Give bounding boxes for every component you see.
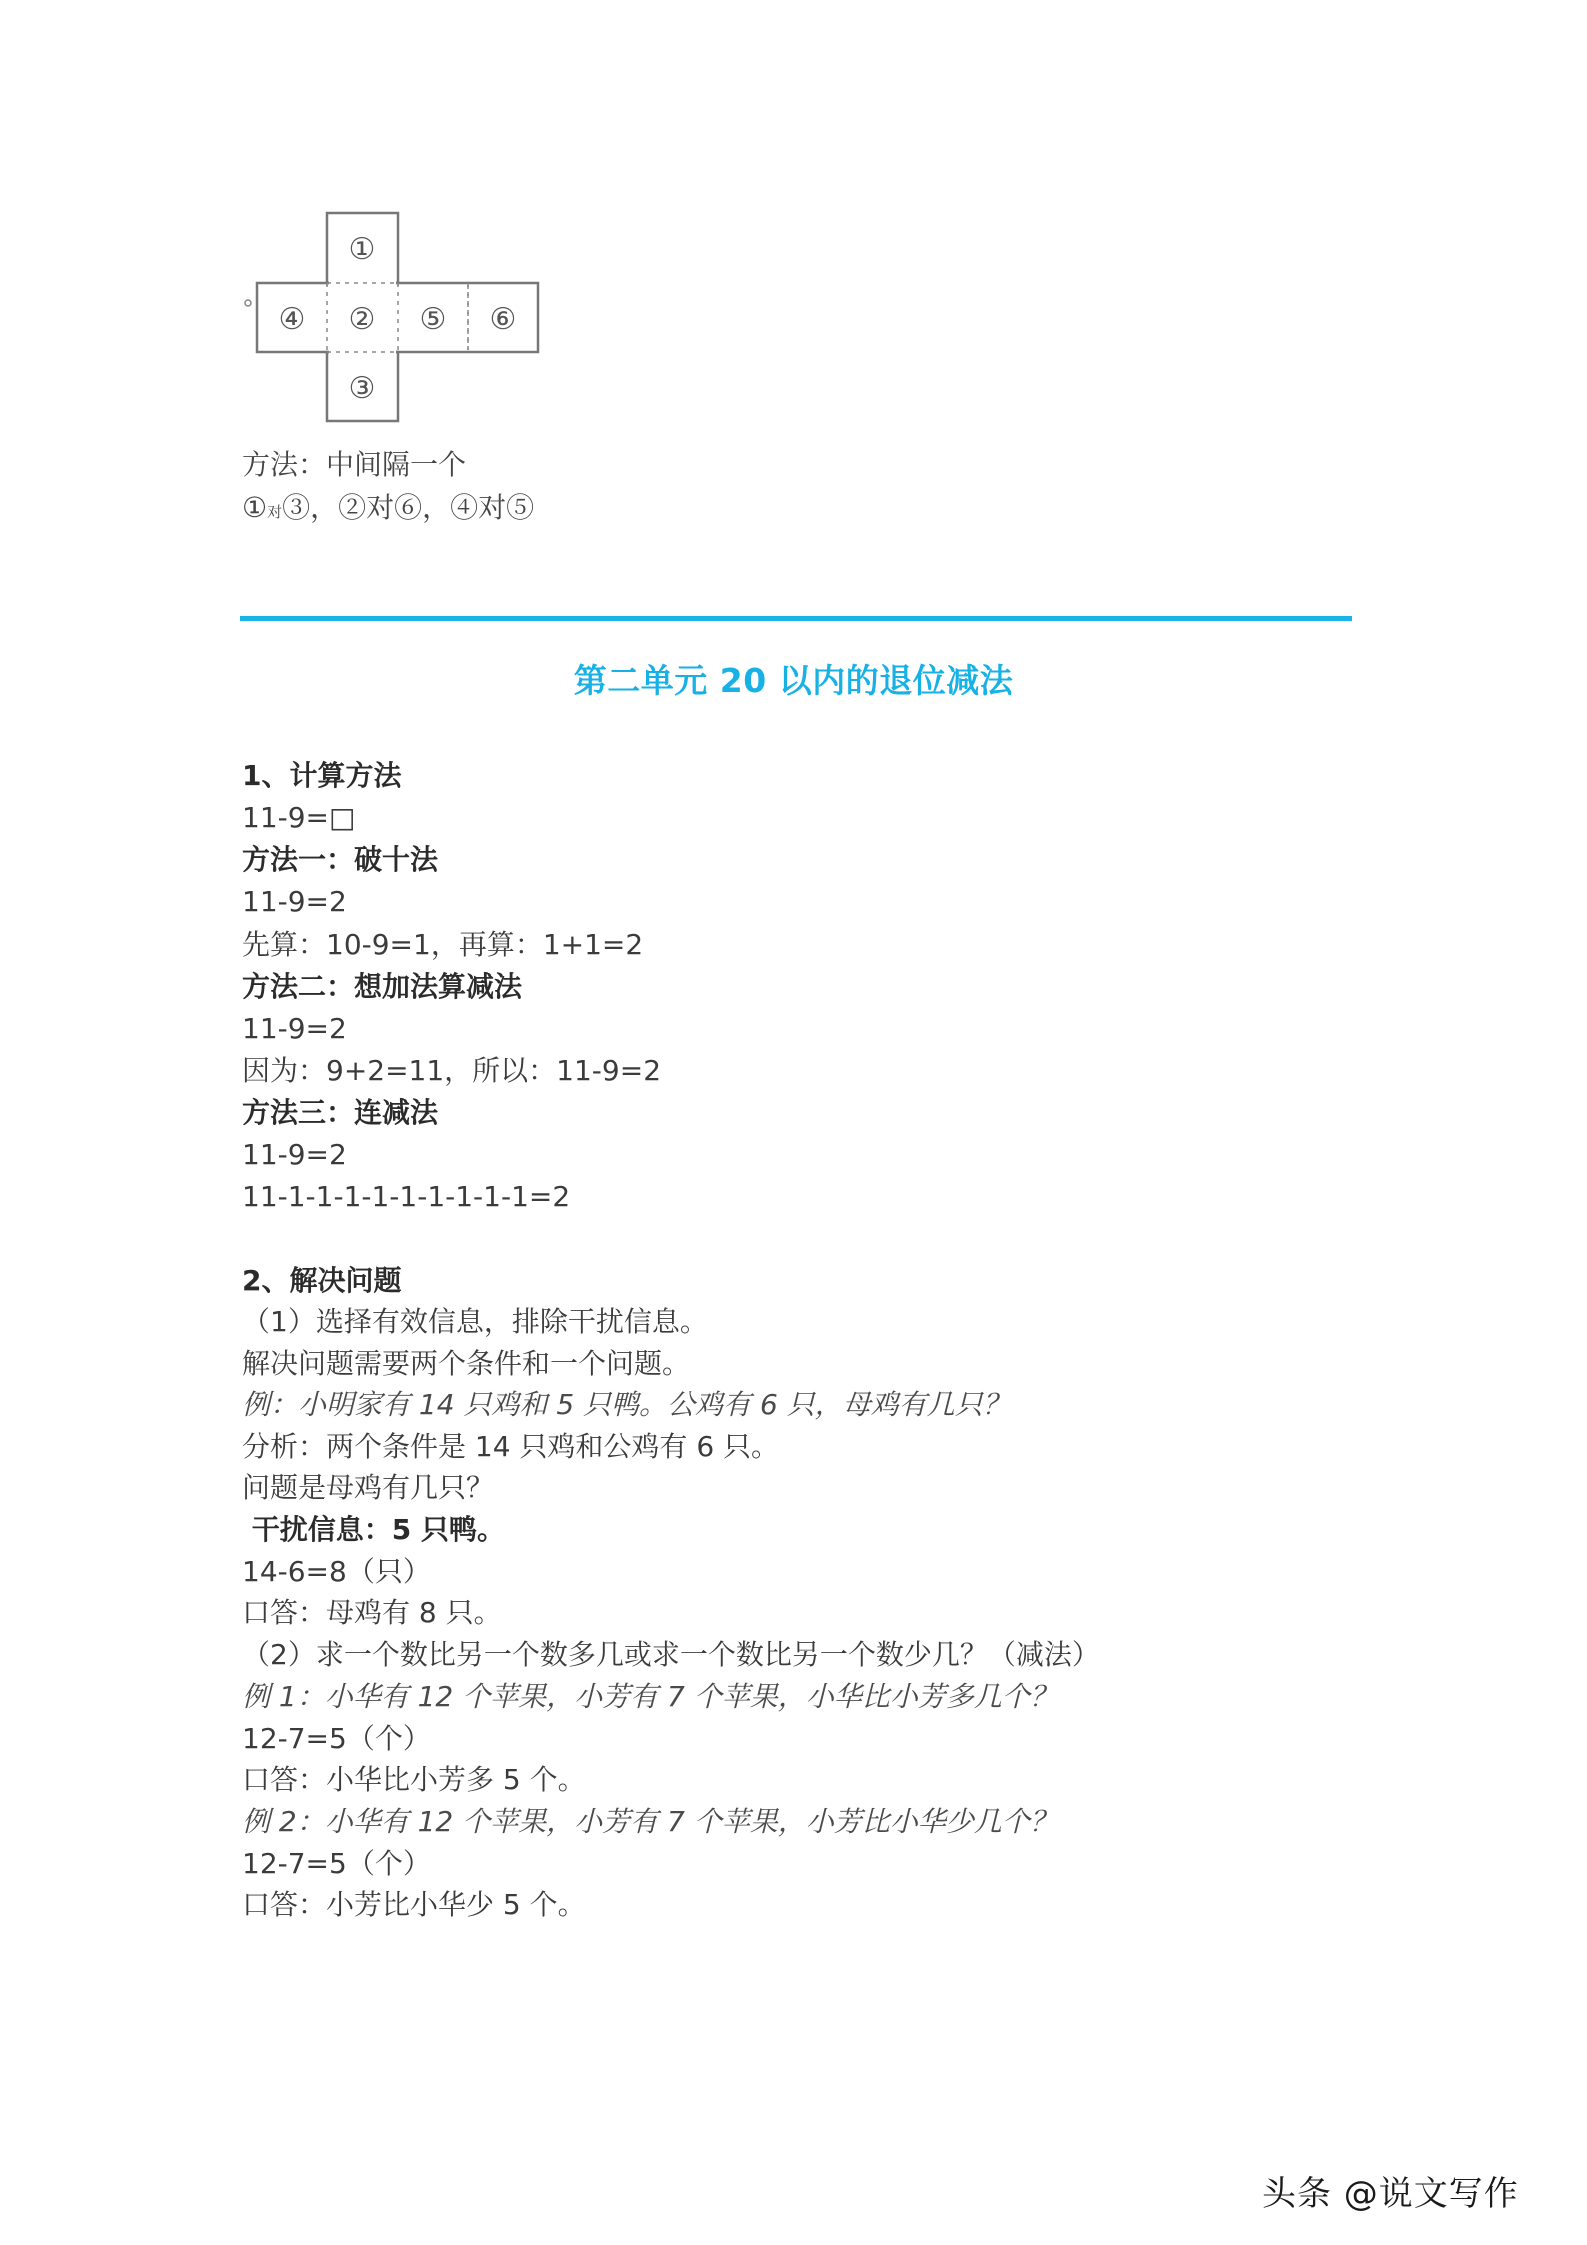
cube-net-figure: ① ④ ② ⑤ ⑥ ③ bbox=[0, 0, 700, 460]
unit-title: 第二单元 20 以内的退位减法 bbox=[0, 655, 1587, 702]
s2-example-2: 例 2：小华有 12 个苹果，小芳有 7 个苹果，小芳比小华少几个？ bbox=[242, 1805, 1058, 1839]
pair-1-sep: 对 bbox=[267, 503, 282, 521]
s1-line: 11-9=2 bbox=[242, 1012, 347, 1046]
cube-net-diagram: ① ④ ② ⑤ ⑥ ③ bbox=[0, 0, 1587, 460]
s1-line: 11-9=□ bbox=[242, 801, 355, 835]
watermark: 头条 @说文写作 bbox=[1262, 2166, 1519, 2215]
s2-line: （1）选择有效信息，排除干扰信息。 bbox=[242, 1305, 708, 1339]
pair-rest: ③，②对⑥，④对⑤ bbox=[282, 491, 534, 524]
face-6-label: ⑥ bbox=[490, 302, 517, 337]
face-1-label: ① bbox=[349, 232, 376, 267]
s2-example-1: 例 1：小华有 12 个苹果，小芳有 7 个苹果，小华比小芳多几个？ bbox=[242, 1680, 1058, 1714]
s2-line: 口答：母鸡有 8 只。 bbox=[242, 1596, 502, 1630]
s1-line: 先算：10-9=1，再算：1+1=2 bbox=[242, 928, 643, 962]
document-page: ① ④ ② ⑤ ⑥ ③ 方法：中间隔一个 ①对③，②对⑥，④对⑤ 第二单元 20… bbox=[0, 0, 1587, 2245]
face-5-label: ⑤ bbox=[420, 302, 447, 337]
section-2-heading: 2、解决问题 bbox=[242, 1264, 402, 1298]
section-divider bbox=[240, 616, 1352, 621]
s2-distractor-info: 干扰信息：5 只鸭。 bbox=[242, 1513, 505, 1547]
section-1-number: 1、 bbox=[242, 759, 289, 792]
net-method-line: 方法：中间隔一个 bbox=[242, 448, 466, 482]
pair-1a: ① bbox=[242, 491, 267, 524]
s2-line: 12-7=5（个） bbox=[242, 1722, 431, 1756]
s2-line: 口答：小芳比小华少 5 个。 bbox=[242, 1888, 586, 1922]
s2-line: （2）求一个数比另一个数多几或求一个数比另一个数少几？（减法） bbox=[242, 1638, 1100, 1672]
s2-line: 口答：小华比小芳多 5 个。 bbox=[242, 1763, 586, 1797]
face-3-label: ③ bbox=[349, 371, 376, 406]
net-pairs-line: ①对③，②对⑥，④对⑤ bbox=[242, 491, 534, 529]
s2-line: 14-6=8（只） bbox=[242, 1555, 431, 1589]
s1-method-1-heading: 方法一：破十法 bbox=[242, 843, 438, 877]
s1-line: 11-9=2 bbox=[242, 885, 347, 919]
small-dot-mark bbox=[245, 300, 251, 306]
section-2-title: 解决问题 bbox=[289, 1264, 401, 1297]
s2-line: 分析：两个条件是 14 只鸡和公鸡有 6 只。 bbox=[242, 1430, 779, 1464]
section-1-heading: 1、计算方法 bbox=[242, 759, 402, 793]
s1-method-3-heading: 方法三：连减法 bbox=[242, 1096, 438, 1130]
s1-line: 11-9=2 bbox=[242, 1138, 347, 1172]
s1-line: 11-1-1-1-1-1-1-1-1-1=2 bbox=[242, 1180, 570, 1214]
face-4-label: ④ bbox=[279, 302, 306, 337]
s2-example: 例：小明家有 14 只鸡和 5 只鸭。公鸡有 6 只，母鸡有几只？ bbox=[242, 1388, 1011, 1422]
section-2-number: 2、 bbox=[242, 1264, 289, 1297]
s1-method-2-heading: 方法二：想加法算减法 bbox=[242, 970, 522, 1004]
s2-line: 12-7=5（个） bbox=[242, 1847, 431, 1881]
face-2-label: ② bbox=[349, 302, 376, 337]
s2-line: 解决问题需要两个条件和一个问题。 bbox=[242, 1347, 690, 1381]
section-1-title: 计算方法 bbox=[289, 759, 401, 792]
s2-line: 问题是母鸡有几只？ bbox=[242, 1471, 494, 1505]
s1-line: 因为：9+2=11，所以：11-9=2 bbox=[242, 1054, 661, 1088]
